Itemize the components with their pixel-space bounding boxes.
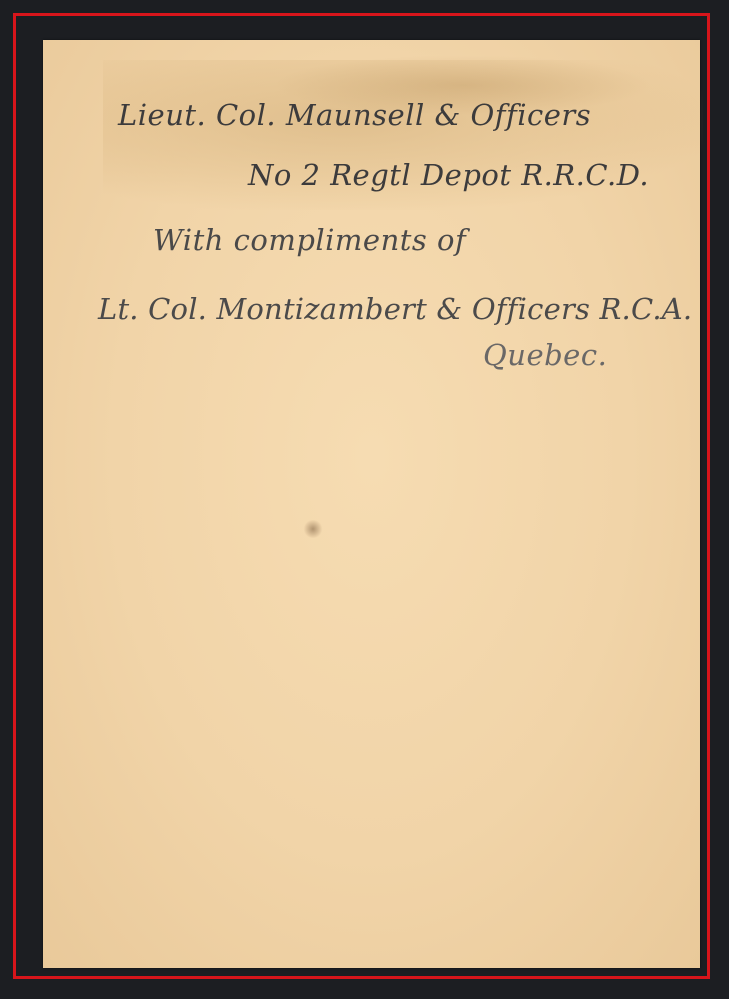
card: Lieut. Col. Maunsell & Officers No 2 Reg… [43,40,700,968]
inscription-place: Quebec. [483,338,607,372]
inscription-sender: Lt. Col. Montizambert & Officers R.C.A. [98,292,692,326]
foxing-spot [303,520,323,538]
inscription-recipient: Lieut. Col. Maunsell & Officers [118,98,591,132]
inscription-compliments: With compliments of [153,223,466,257]
inscription-recipient-unit: No 2 Regtl Depot R.R.C.D. [248,158,649,192]
